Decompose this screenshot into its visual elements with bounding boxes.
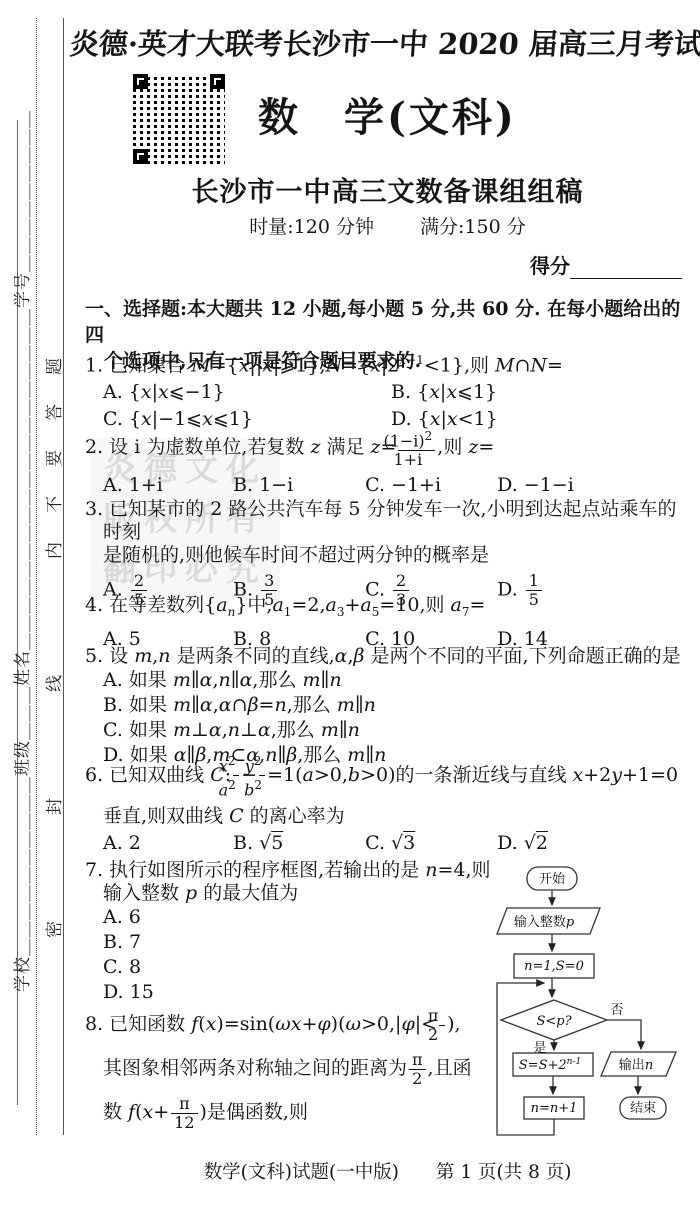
student-info-fields: 学校＿＿＿＿＿＿＿＿＿＿班级＿＿＿姓名＿＿＿＿＿＿＿＿＿＿＿＿＿＿＿＿＿＿＿学号… [8,112,33,992]
question-2-option-a: A. 1+i [103,474,227,497]
time-info: 时量:120 分钟 [249,216,374,238]
question-6-option-b: B. √5 [233,832,359,855]
question-7-stem-line2: 输入整数 p 的最大值为 [103,882,505,905]
flow-end-label: 结束 [630,1100,656,1115]
exam-paper-page: 学校＿＿＿＿＿＿＿＿＿＿班级＿＿＿姓名＿＿＿＿＿＿＿＿＿＿＿＿＿＿＿＿＿＿＿学号… [0,0,700,1205]
question-2-option-c: C. −1+i [365,474,491,497]
question-6-stem-line1: 6. 已知双曲线 C:x2a2−y2b2=1(a>0,b>0)的一条渐近线与直线… [103,751,691,801]
score-label: 得分 [530,254,570,278]
seal-line-text-mifengxian: 密封线 [45,569,65,938]
question-6-option-c: C. √3 [365,832,491,855]
question-3-stem-line1: 3. 已知某市的 2 路公共汽车每 5 分钟发车一次,小明到达起点站乘车的时刻 [103,498,691,544]
question-5-option-a: A. 如果 m∥α,n∥α,那么 m∥n [103,668,691,693]
program-flowchart: 开始 输入整数p n=1,S=0 S<p? 否 是 S=S+2n-1 n=n+1… [486,858,692,1150]
score-blank [570,258,682,279]
flow-start-label: 开始 [539,871,566,886]
question-8-stem-line1: 8. 已知函数 f(x)=sin(ωx+φ)(ω>0,|φ|<π2), [103,1002,505,1046]
subject-title: 数 学(文科) [258,86,517,143]
question-6: 6. 已知双曲线 C:x2a2−y2b2=1(a>0,b>0)的一条渐近线与直线… [85,751,691,855]
flow-init-label: n=1,S=0 [524,959,584,974]
question-1-option-b: B. {x|x⩽1} [391,381,497,404]
flow-accumulate-label: S=S+2n-1 [519,1057,581,1073]
qr-code [133,74,225,164]
flow-increment-label: n=n+1 [531,1101,578,1116]
qr-finder-topright [210,74,225,89]
qr-finder-topleft [133,74,148,89]
question-6-stem-line2: 垂直,则双曲线 C 的离心率为 [103,805,691,828]
question-6-option-d: D. √2 [497,832,548,855]
question-2-stem: 2. 设 i 为虚数单位,若复数 z 满足 z=(1−i)21+i,则 z= [103,426,691,470]
flow-yes-label: 是 [533,1040,546,1055]
byline: 长沙市一中高三文数备课组组稿 [85,170,690,209]
question-5-option-b: B. 如果 m∥α,α∩β=n,那么 m∥n [103,693,691,718]
question-1-stem: 1. 已知集合 M={x||x|⩾1},N={x|2x−1<1},则 M∩N= [103,349,691,377]
question-1-option-a: A. {x|x⩽−1} [103,381,385,404]
flow-input-label: 输入整数p [514,914,575,930]
flow-no-branch-line [607,1020,641,1049]
question-6-option-a: A. 2 [103,832,227,855]
section-header-line1: 一、选择题:本大题共 12 小题,每小题 5 分,共 60 分. 在每小题给出的… [85,296,691,348]
question-8-stem-line2: 其图象相邻两条对称轴之间的距离为π2,且函 [103,1046,505,1090]
question-7-option-c: C. 8 [103,955,505,980]
question-3-stem-line2: 是随机的,则他候车时间不超过两分钟的概率是 [103,544,691,567]
question-5: 5. 设 m,n 是两条不同的直线,α,β 是两个不同的平面,下列命题正确的是 … [85,645,691,768]
question-7: 7. 执行如图所示的程序框图,若输出的是 n=4,则 输入整数 p 的最大值为 … [85,859,505,1005]
question-7-option-a: A. 6 [103,905,505,930]
question-5-stem: 5. 设 m,n 是两条不同的直线,α,β 是两个不同的平面,下列命题正确的是 [103,645,691,668]
question-2-option-d: D. −1−i [497,474,574,497]
question-5-option-c: C. 如果 m⊥α,n⊥α,那么 m∥n [103,718,691,743]
question-2: 2. 设 i 为虚数单位,若复数 z 满足 z=(1−i)21+i,则 z= A… [85,426,691,497]
flow-condition-label: S<p? [536,1014,572,1029]
flow-output-label: 输出n [619,1057,653,1073]
question-4: 4. 在等差数列{an}中,a1=2,a3+a5=10,则 a7= A. 5 B… [85,594,691,651]
score-field: 得分 [530,250,682,279]
qr-finder-bottomleft [133,149,148,164]
question-1: 1. 已知集合 M={x||x|⩾1},N={x|2x−1<1},则 M∩N= … [85,349,691,431]
question-2-option-b: B. 1−i [233,474,359,497]
question-8: 8. 已知函数 f(x)=sin(ωx+φ)(ω>0,|φ|<π2), 其图象相… [85,1002,505,1134]
question-4-stem: 4. 在等差数列{an}中,a1=2,a3+a5=10,则 a7= [103,594,691,624]
flow-no-label: 否 [610,1002,623,1017]
seal-line-text-buyaodati: 内不要答题 [45,329,65,559]
full-score-info: 满分:150 分 [420,216,526,238]
exam-title: 炎德·英才大联考长沙市一中 2020 届高三月考试卷(二) [69,22,692,63]
page-footer: 数学(文科)试题(一中版) 第 1 页(共 8 页) [85,1158,690,1184]
question-8-stem-line3: 数 f(x+π12)是偶函数,则 [103,1090,505,1134]
question-7-stem-line1: 7. 执行如图所示的程序框图,若输出的是 n=4,则 [103,859,505,882]
question-7-option-b: B. 7 [103,930,505,955]
seal-dotted-line [36,18,37,1135]
exam-info-line: 时量:120 分钟 满分:150 分 [85,212,690,239]
